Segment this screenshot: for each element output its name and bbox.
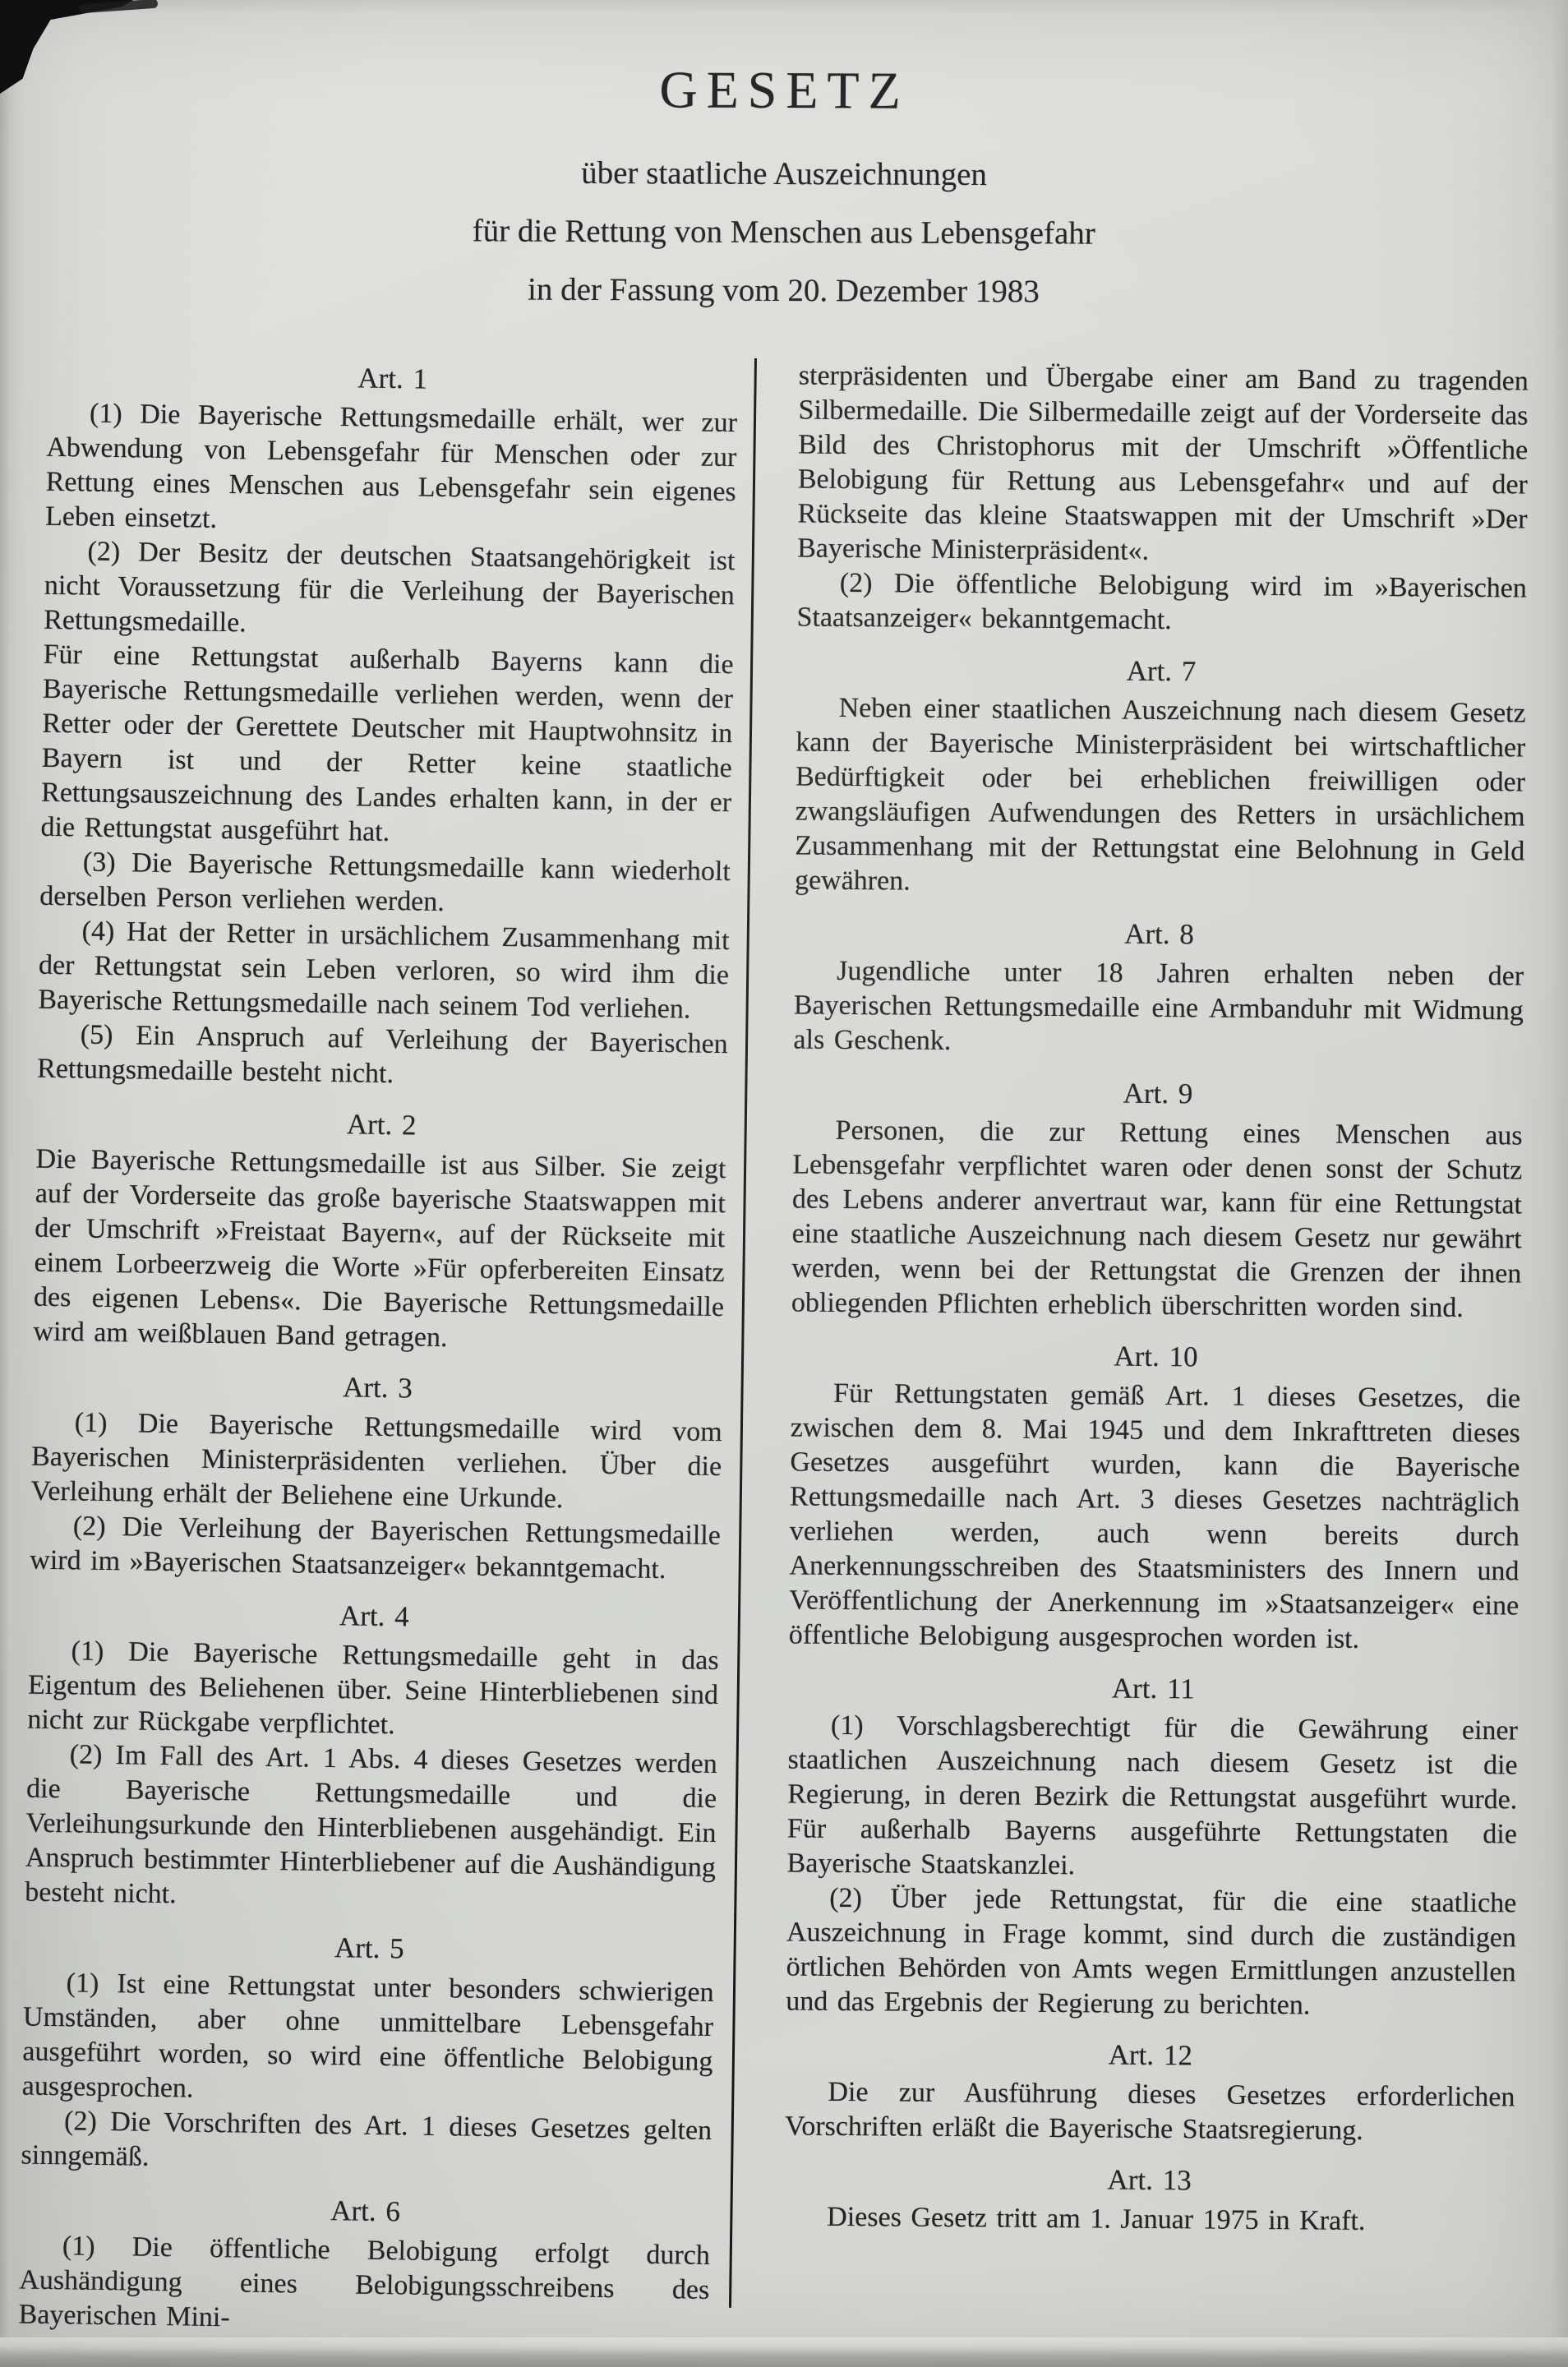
article-paragraph: Für Rettungstaten gemäß Art. 1 dieses Ge… [789, 1376, 1521, 1658]
scan-edge-top [0, 0, 1568, 13]
subtitle-line-3: in der Fassung vom 20. Dezember 1983 [0, 258, 1568, 323]
scanned-law-page: GESETZ über staatliche Auszeichnungen fü… [0, 0, 1568, 2367]
article-heading: Art. 7 [796, 652, 1526, 692]
article-paragraph: Dieses Gesetz tritt am 1. Januar 1975 in… [784, 2199, 1514, 2240]
article-paragraph: (5) Ein Anspruch auf Verleihung der Baye… [37, 1017, 728, 1096]
article-heading: Art. 1 [47, 357, 738, 401]
document-header: GESETZ über staatliche Auszeichnungen fü… [0, 58, 1568, 323]
article: Art. 8Jugendliche unter 18 Jahren erhalt… [793, 914, 1524, 1063]
article-heading: Art. 13 [784, 2160, 1514, 2200]
article-paragraph: (3) Die Bayerische Rettungsmedaille kann… [39, 845, 731, 924]
subtitle-line-1: über staatliche Auszeichnungen [0, 141, 1568, 206]
article-heading: Art. 10 [791, 1336, 1520, 1377]
article-heading: Art. 5 [24, 1926, 715, 1971]
article-paragraph: (1) Ist eine Rettungstat unter besonders… [22, 1966, 714, 2114]
article-paragraph: (2) Die Vorschriften des Art. 1 dieses G… [21, 2104, 712, 2183]
article-heading: Art. 12 [786, 2035, 1515, 2075]
article-paragraph: (1) Die Bayerische Rettungsmedaille erhä… [45, 396, 737, 544]
article-heading: Art. 9 [793, 1073, 1523, 1114]
article-paragraph: Für eine Rettungstat außerhalb Bayerns k… [40, 638, 734, 855]
article: Art. 10Für Rettungstaten gemäß Art. 1 di… [789, 1336, 1521, 1658]
article-heading: Art. 3 [32, 1366, 723, 1410]
document-subtitle: über staatliche Auszeichnungen für die R… [0, 141, 1568, 323]
article-paragraph: (2) Der Besitz der deutschen Staatsangeh… [44, 534, 736, 648]
article-paragraph: (1) Die öffentliche Belobigung erfolgt d… [18, 2229, 710, 2342]
article-paragraph: (1) Vorschlagsberechtigt für die Gewähru… [786, 1708, 1518, 1886]
scan-edge-right [1552, 0, 1568, 2367]
article-paragraph: (4) Hat der Retter in ursächlichem Zusam… [38, 914, 730, 1027]
article-paragraph: Personen, die zur Rettung eines Menschen… [791, 1113, 1523, 1326]
article-paragraph: (2) Über jede Rettungstat, für die eine … [786, 1880, 1516, 2024]
article-paragraph: Die Bayerische Rettungsmedaille ist aus … [33, 1142, 726, 1359]
article: Art. 11(1) Vorschlagsberechtigt für die … [786, 1668, 1518, 2024]
article-heading: Art. 11 [788, 1668, 1518, 1709]
article: Art. 7Neben einer staatlichen Auszeichnu… [795, 652, 1526, 904]
article-heading: Art. 6 [20, 2189, 711, 2234]
article-paragraph: sterpräsidenten und Übergabe einer am Ba… [797, 359, 1529, 572]
article: sterpräsidenten und Übergabe einer am Ba… [796, 359, 1529, 641]
scan-edge-bottom [0, 2337, 1568, 2367]
article-heading: Art. 4 [29, 1594, 720, 1639]
article-paragraph: (2) Die öffentliche Belobigung wird im »… [796, 566, 1527, 641]
article-paragraph: Neben einer staatlichen Auszeichnung nac… [795, 691, 1526, 904]
text-column-right: sterpräsidenten und Übergabe einer am Ba… [784, 359, 1529, 2240]
article-paragraph: Jugendliche unter 18 Jahren erhalten neb… [793, 953, 1524, 1063]
article-paragraph: (2) Die Verleihung der Bayerischen Rettu… [30, 1509, 721, 1588]
article: Art. 12Die zur Ausführung dieses Gesetze… [785, 2035, 1515, 2149]
subtitle-line-2: für die Rettung von Menschen aus Lebensg… [0, 200, 1568, 265]
article-paragraph: (1) Die Bayerische Rettungsmedaille geht… [27, 1634, 719, 1747]
article: Art. 1(1) Die Bayerische Rettungsmedaill… [37, 357, 738, 1096]
article: Art. 13Dieses Gesetz tritt am 1. Januar … [784, 2160, 1515, 2240]
article-heading: Art. 8 [794, 914, 1524, 954]
article-heading: Art. 2 [36, 1103, 727, 1147]
page-title: GESETZ [0, 58, 1568, 123]
article: Art. 2Die Bayerische Rettungsmedaille is… [33, 1103, 726, 1359]
article: Art. 5(1) Ist eine Rettungstat unter bes… [21, 1926, 714, 2183]
article: Art. 3(1) Die Bayerische Rettungsmedaill… [30, 1366, 723, 1588]
article: Art. 9Personen, die zur Rettung eines Me… [791, 1073, 1523, 1326]
article: Art. 4(1) Die Bayerische Rettungsmedaill… [25, 1594, 720, 1920]
scan-edge-left [0, 0, 21, 2367]
text-column-left: Art. 1(1) Die Bayerische Rettungsmedaill… [18, 357, 738, 2342]
article-paragraph: (1) Die Bayerische Rettungsmedaille wird… [30, 1405, 722, 1519]
article: Art. 6(1) Die öffentliche Belobigung erf… [18, 2189, 710, 2342]
article-paragraph: Die zur Ausführung dieses Gesetzes erfor… [785, 2074, 1515, 2149]
article-paragraph: (2) Im Fall des Art. 1 Abs. 4 dieses Ges… [25, 1737, 717, 1920]
